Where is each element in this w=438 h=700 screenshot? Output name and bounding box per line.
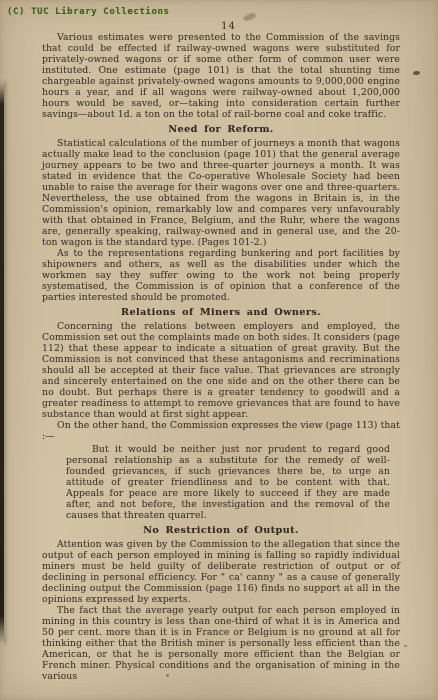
body-paragraph-commission-view-intro: On the other hand, the Commission expres…: [42, 420, 400, 442]
paper-speck: [404, 645, 407, 647]
body-paragraph-output-allegation: Attention was given by the Commission to…: [42, 539, 400, 605]
body-paragraph-yearly-output-comparison: The fact that the average yearly output …: [42, 605, 400, 682]
section-heading-no-restriction-output: No Restriction of Output.: [42, 525, 400, 537]
body-paragraph-wagon-savings: Various estimates were presented to the …: [42, 32, 400, 120]
section-heading-relations-miners-owners: Relations of Miners and Owners.: [42, 307, 400, 319]
copyright-watermark: (C) TUC Library Collections: [7, 7, 170, 17]
scanned-document-page: (C) TUC Library Collections 14 Various e…: [0, 0, 438, 700]
section-heading-need-for-reform: Need for Reform.: [42, 124, 400, 136]
book-gutter-shadow: [0, 82, 4, 644]
paper-speck: [413, 71, 420, 76]
body-paragraph-bunkering-facilities: As to the representations regarding bunk…: [42, 248, 400, 303]
body-paragraph-journeys-statistics: Statistical calculations of the number o…: [42, 138, 400, 248]
commission-quote: But it would be neither just nor prudent…: [66, 444, 390, 521]
page-number: 14: [42, 21, 400, 32]
page-body: 14 Various estimates were presented to t…: [42, 21, 400, 682]
body-paragraph-employer-relations: Concerning the relations between employe…: [42, 321, 400, 420]
